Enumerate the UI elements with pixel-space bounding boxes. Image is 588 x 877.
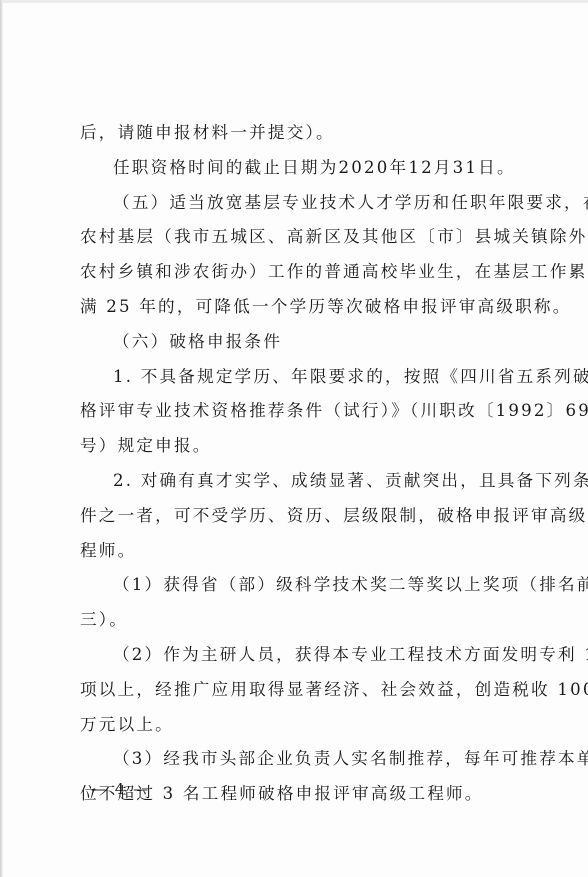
document-body: 后，请随申报材料一并提交）。 任职资格时间的截止日期为2020年12月31日。 … bbox=[80, 116, 516, 812]
item-2: 2. 对确有真才实学、成绩显著、贡献突出，且具备下列条 bbox=[80, 464, 516, 499]
page-number: — 4 — bbox=[91, 780, 150, 798]
scan-border-top bbox=[0, 0, 588, 3]
section-6-heading: （六）破格申报条件 bbox=[80, 325, 516, 360]
scan-border-left bbox=[0, 0, 3, 877]
text-line: 件之一者，可不受学历、资历、层级限制，破格申报评审高级工 bbox=[80, 499, 516, 534]
text-line: 三）。 bbox=[80, 603, 516, 638]
sub-item-1: （1）获得省（部）级科学技术奖二等奖以上奖项（排名前 bbox=[80, 568, 516, 603]
text-line: 农村基层（我市五城区、高新区及其他区〔市〕县城关镇除外的 bbox=[80, 220, 516, 255]
text-line: 农村乡镇和涉农街办）工作的普通高校毕业生，在基层工作累计 bbox=[80, 255, 516, 290]
item-1: 1. 不具备规定学历、年限要求的，按照《四川省五系列破 bbox=[80, 360, 516, 395]
section-5-heading: （五）适当放宽基层专业技术人才学历和任职年限要求，在 bbox=[80, 186, 516, 221]
text-line: 项以上，经推广应用取得显著经济、社会效益，创造税收 1000 bbox=[80, 673, 516, 708]
sub-item-2: （2）作为主研人员，获得本专业工程技术方面发明专利 1 bbox=[80, 638, 516, 673]
sub-item-3: （3）经我市头部企业负责人实名制推荐，每年可推荐本单 bbox=[80, 742, 516, 777]
text-line: 格评审专业技术资格推荐条件（试行）》（川职改〔1992〕69 bbox=[80, 394, 516, 429]
text-line: 后，请随申报材料一并提交）。 bbox=[80, 116, 516, 151]
text-line: 满 25 年的，可降低一个学历等次破格申报评审高级职称。 bbox=[80, 290, 516, 325]
text-line-deadline: 任职资格时间的截止日期为2020年12月31日。 bbox=[80, 151, 516, 186]
text-line: 万元以上。 bbox=[80, 708, 516, 743]
text-line: 号）规定申报。 bbox=[80, 429, 516, 464]
document-page: 后，请随申报材料一并提交）。 任职资格时间的截止日期为2020年12月31日。 … bbox=[0, 0, 588, 877]
text-line: 程师。 bbox=[80, 534, 516, 569]
